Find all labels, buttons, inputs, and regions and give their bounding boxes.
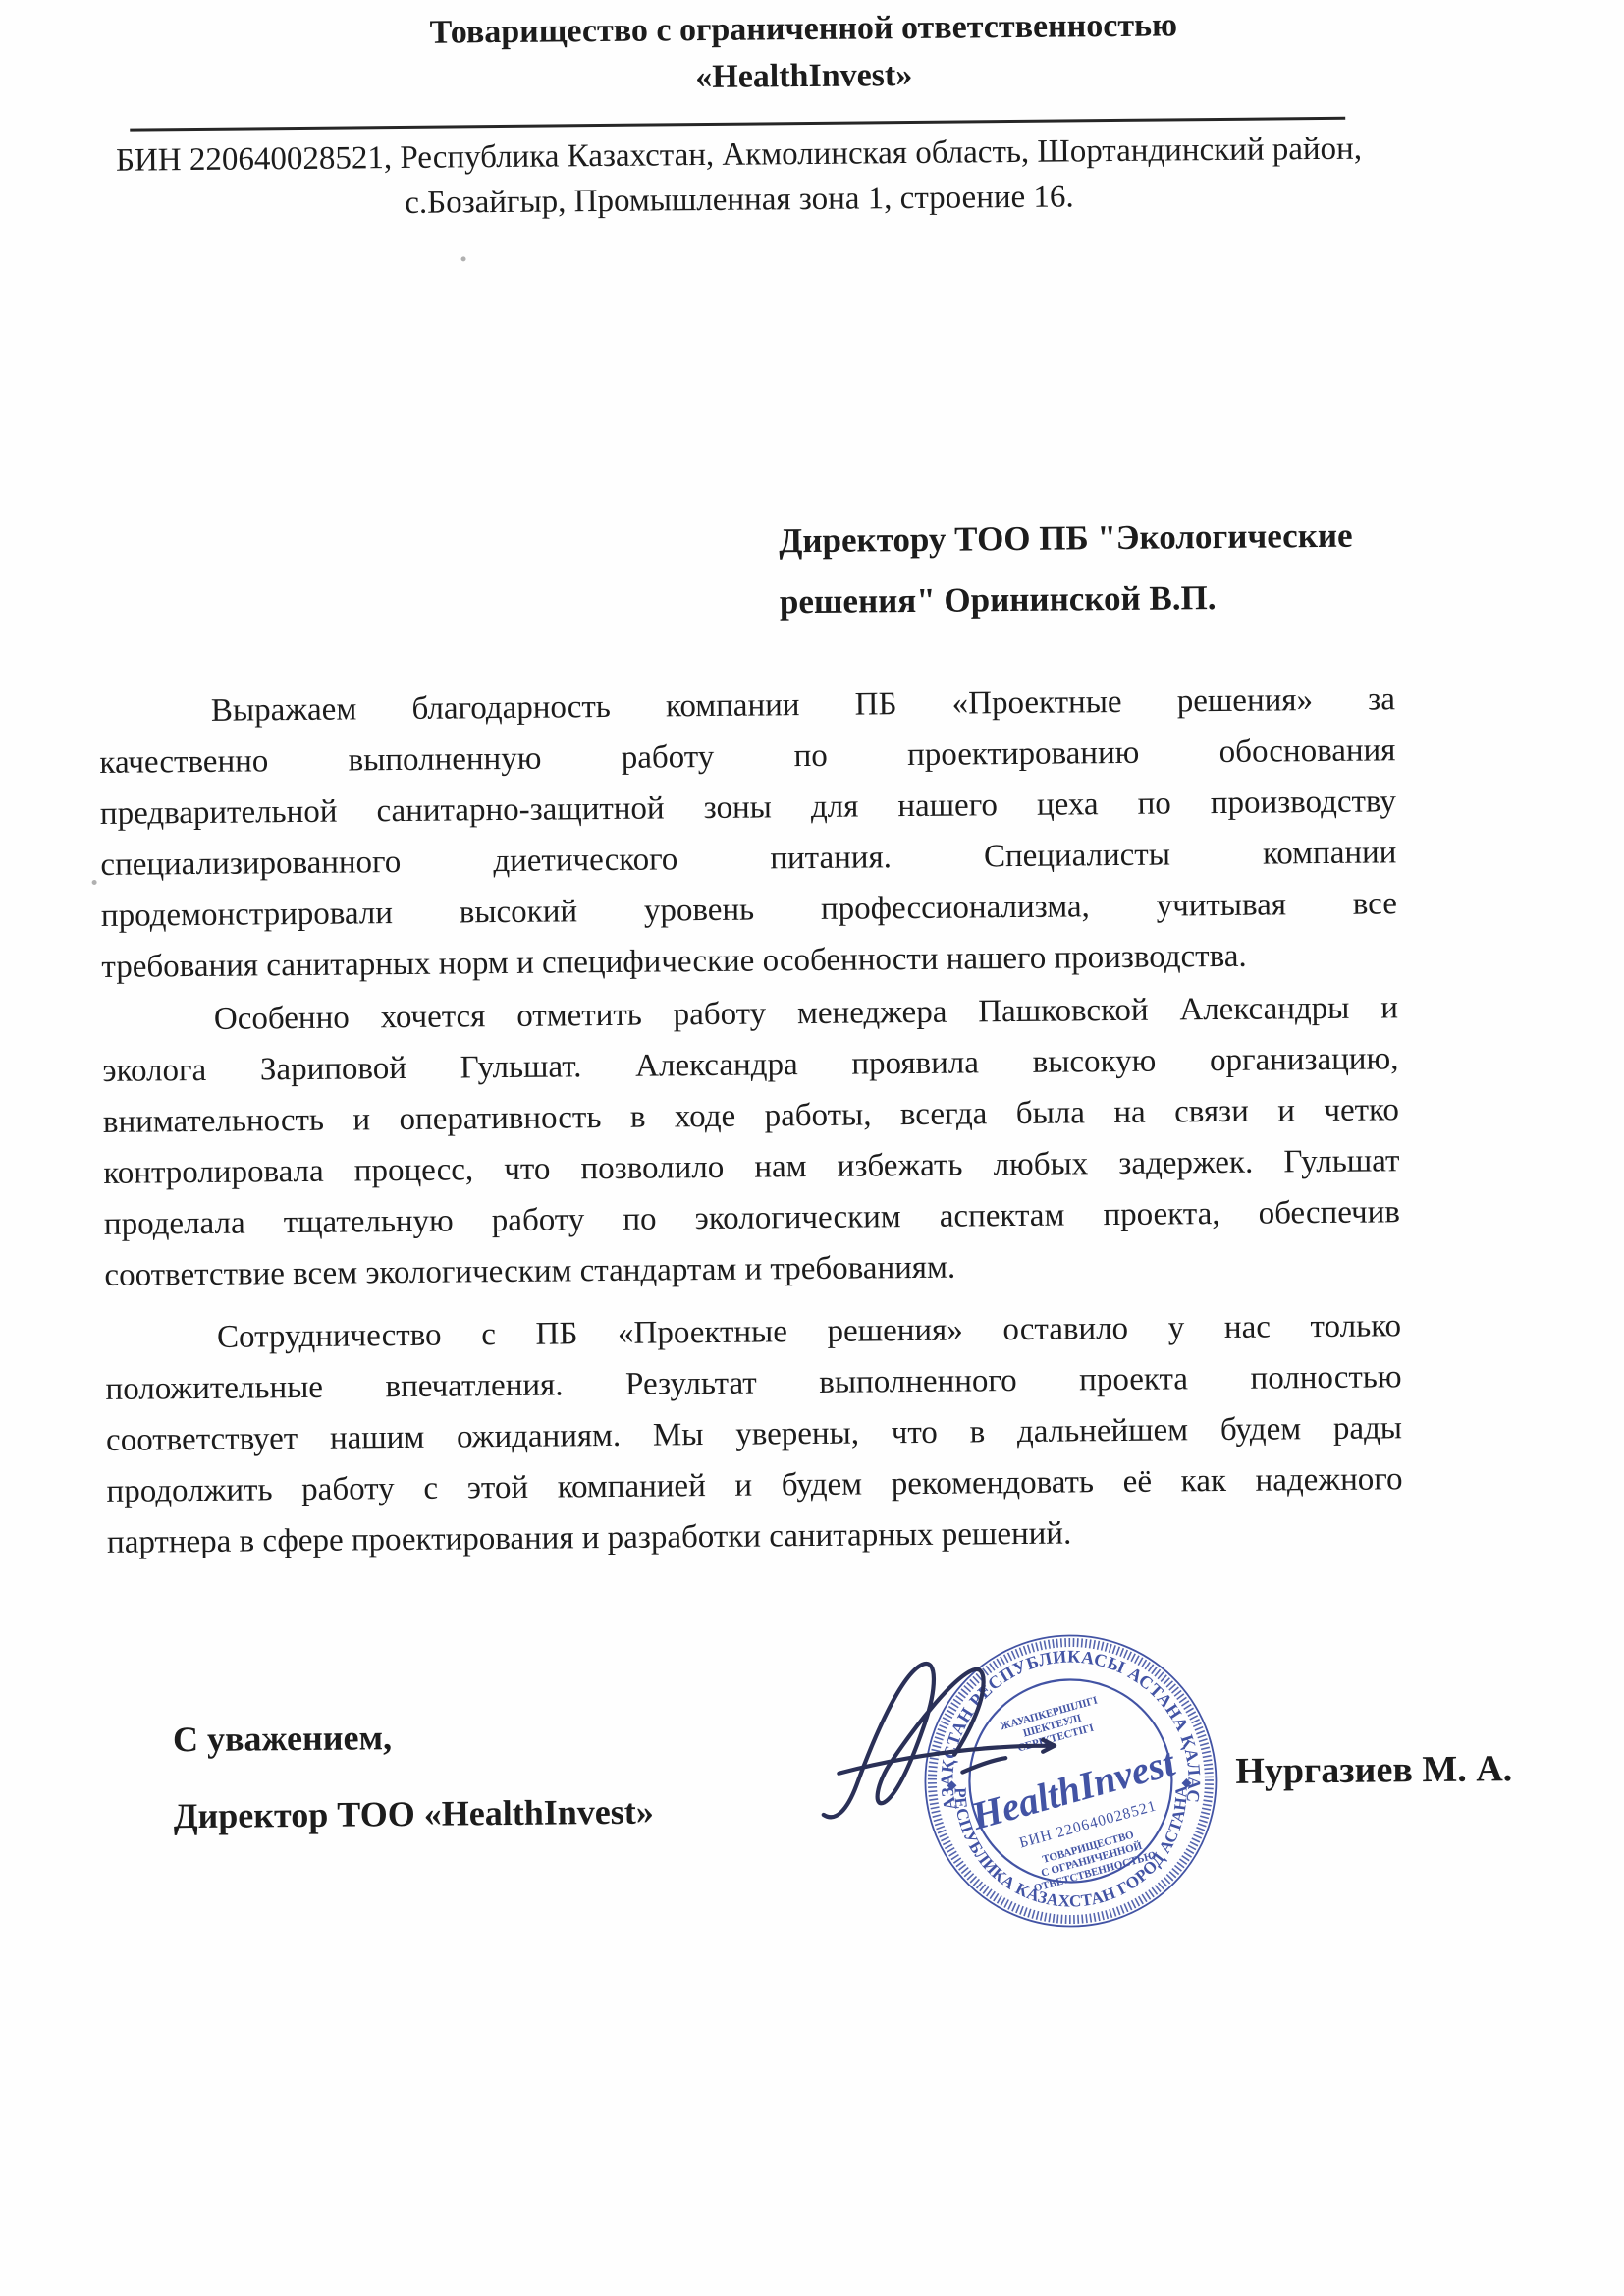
letter-page: Товарищество с ограниченной ответственно… (0, 0, 1624, 2296)
recipient-line1: Директору ТОО ПБ "Экологические (779, 505, 1457, 573)
body-paragraph-1: Выражаем благодарность компании ПБ «Прое… (99, 674, 1398, 993)
recipient-block: Директору ТОО ПБ "Экологические решения"… (779, 505, 1457, 633)
handwritten-signature (808, 1644, 1272, 1845)
signer-name: Нургазиев М. А. (1235, 1747, 1512, 1793)
scan-speck (92, 880, 97, 885)
scanned-letter: Товарищество с ограниченной ответственно… (0, 0, 1624, 2296)
recipient-line2: решения" Орининской В.П. (780, 566, 1458, 633)
signature-flourish (822, 1663, 985, 1817)
signer-title: Директор ТОО «HealthInvest» (174, 1791, 654, 1837)
closing-salutation: С уважением, (173, 1717, 392, 1760)
signature-dash (962, 1758, 1005, 1772)
scan-speck (461, 256, 466, 261)
body-paragraph-3: Сотрудничество с ПБ «Проектные решения» … (105, 1300, 1403, 1568)
body-paragraph-2: Особенно хочется отметить работу менедже… (102, 982, 1401, 1301)
